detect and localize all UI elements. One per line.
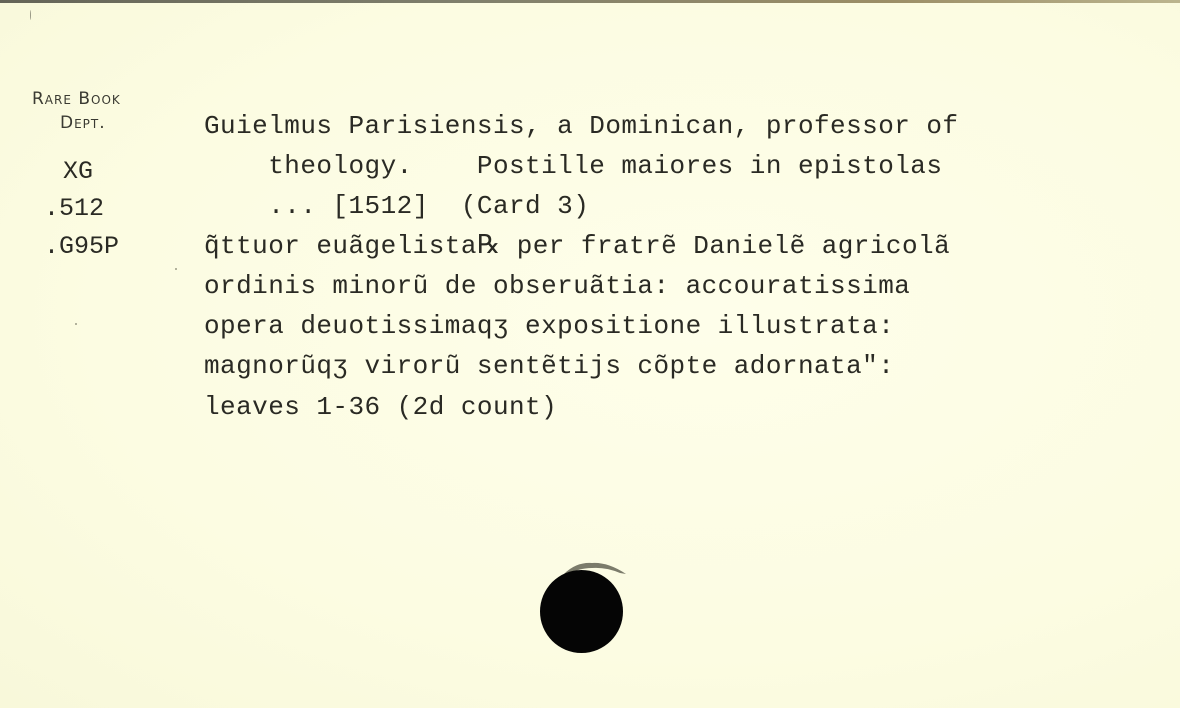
entry-body-line: q̃ttuor euãgelista℞ per fratrẽ Danielẽ a… [204,226,950,266]
entry-body-line: ordinis minorũ de obseruãtia: accouratis… [204,266,910,306]
entry-heading: Guielmus Parisiensis, a Dominican, profe… [204,106,958,146]
call-number-subclass: .512 [44,194,104,223]
paper-speck [175,268,177,270]
call-number-cutter: .G95P [44,232,119,261]
rare-book-stamp-line1: Rare Book [32,89,121,109]
paper-speck [75,323,77,325]
card-top-edge [0,0,1180,3]
entry-body-line: magnorũqʒ virorũ sentẽtijs cõpte adornat… [204,346,894,386]
paper-speck [30,10,31,20]
catalog-card: Rare Book Dept. XG .512 .G95P Guielmus P… [0,0,1180,708]
punch-hole-icon [540,570,623,653]
entry-extent-line: leaves 1-36 (2d count) [204,387,557,427]
entry-title-line: theology. Postille maiores in epistolas [204,146,942,186]
call-number-class: XG [63,157,93,186]
rare-book-stamp-line2: Dept. [60,113,106,133]
entry-body-line: opera deuotissimaqʒ expositione illustra… [204,306,894,346]
entry-date-line: ... [1512] (Card 3) [204,186,589,226]
